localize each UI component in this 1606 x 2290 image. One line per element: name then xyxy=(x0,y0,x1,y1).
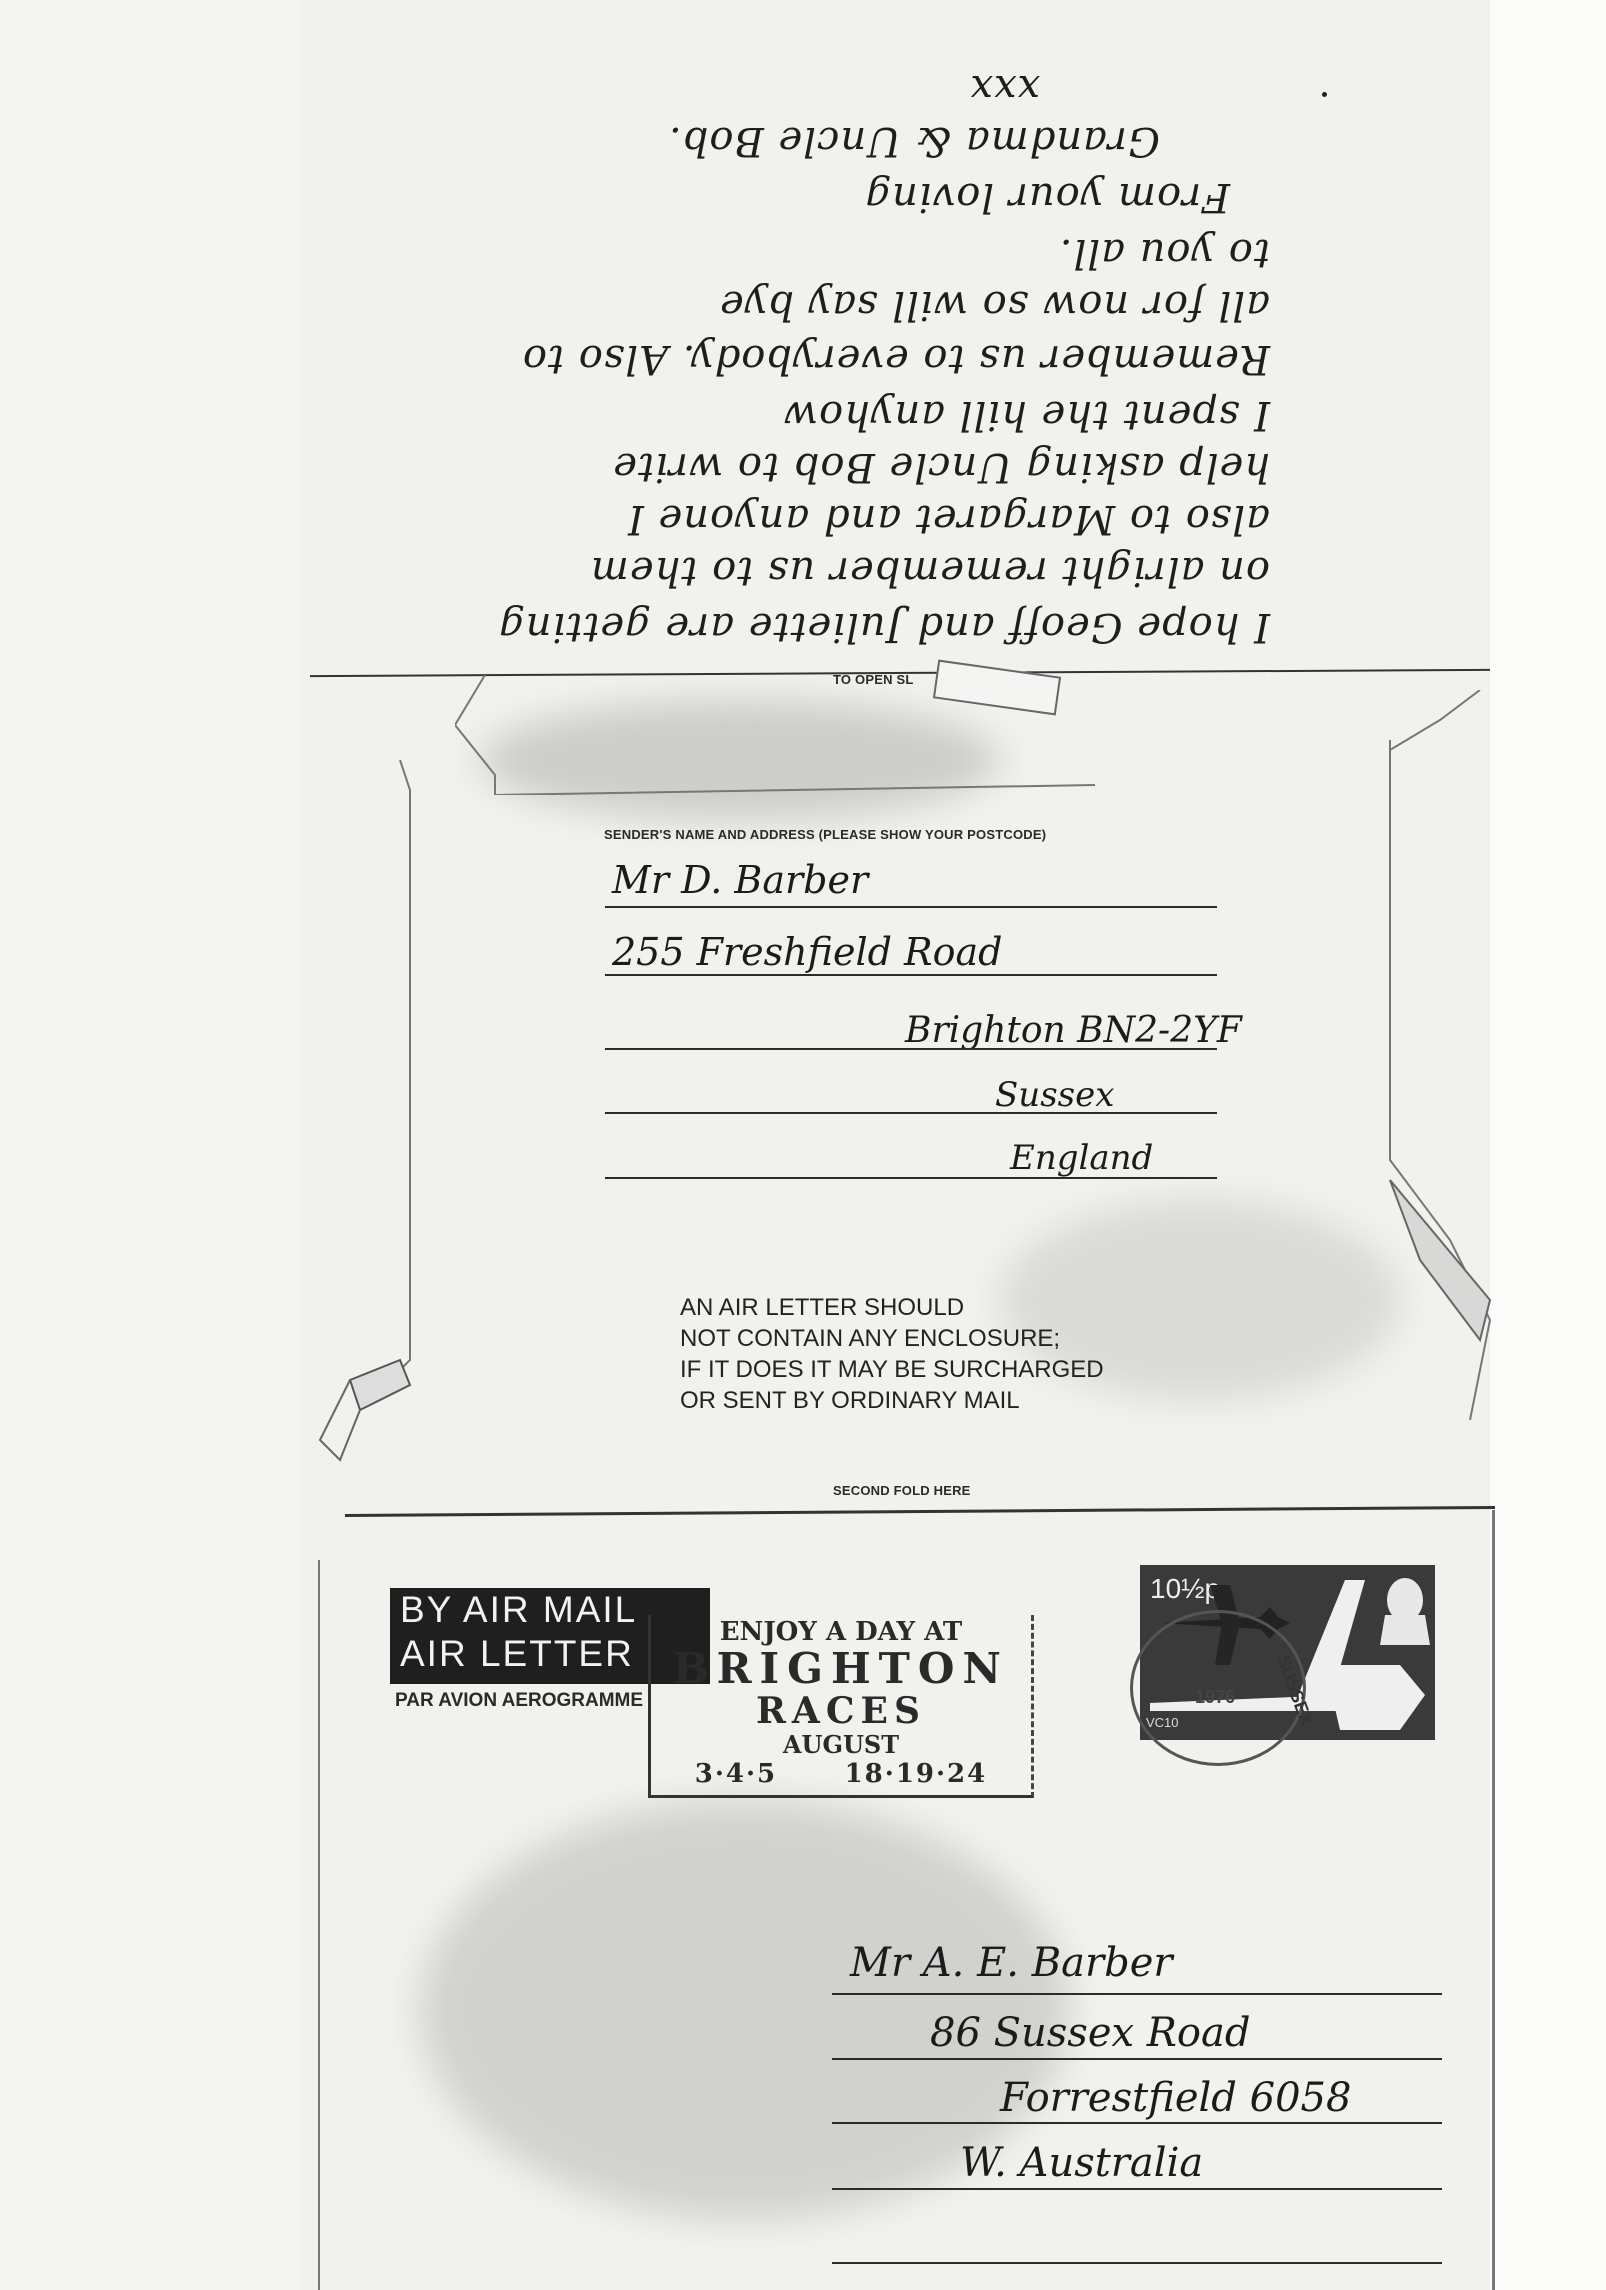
handwritten-letter: I hope Geoff and Juliette are getting on… xyxy=(480,30,1280,650)
postmark-ring xyxy=(1130,1610,1306,1766)
cancellation-line: ENJOY A DAY AT xyxy=(651,1617,1031,1647)
recipient-street: 86 Sussex Road xyxy=(930,2010,1250,2056)
cancellation-line: BRIGHTON xyxy=(651,1647,1031,1691)
address-line xyxy=(832,2058,1442,2060)
address-line xyxy=(605,1048,1217,1050)
letter-line: help asking Uncle Bob to write xyxy=(612,444,1270,490)
letter-line: xxx xyxy=(969,66,1040,112)
address-line xyxy=(605,906,1217,908)
address-line xyxy=(832,1993,1442,1995)
letter-line: Remember us to everybody. Also to xyxy=(522,336,1270,382)
letter-line: all for now so will say bye xyxy=(719,282,1270,328)
dates-left: 3·4·5 xyxy=(695,1759,777,1789)
enclosure-notice: AN AIR LETTER SHOULD NOT CONTAIN ANY ENC… xyxy=(680,1292,1104,1416)
letter-line: to you all. xyxy=(1059,230,1270,276)
sender-city: Brighton BN2-2YF xyxy=(905,1010,1242,1051)
recipient-city: Forrestfield 6058 xyxy=(1000,2075,1351,2121)
recipient-country: W. Australia xyxy=(960,2140,1203,2186)
notice-line: OR SENT BY ORDINARY MAIL xyxy=(680,1385,1104,1416)
recipient-name: Mr A. E. Barber xyxy=(850,1940,1173,1986)
cancellation-line: RACES xyxy=(651,1691,1031,1731)
address-line xyxy=(605,1112,1217,1114)
address-line xyxy=(832,2188,1442,2190)
cancellation-dates: 3·4·5 18·19·24 xyxy=(651,1759,1031,1789)
dates-right: 18·19·24 xyxy=(845,1759,988,1789)
notice-line: AN AIR LETTER SHOULD xyxy=(680,1292,1104,1323)
notice-line: NOT CONTAIN ANY ENCLOSURE; xyxy=(680,1323,1104,1354)
flap-outline xyxy=(455,675,1155,795)
letter-line: on alright remember us to them xyxy=(590,548,1270,594)
ink-dot xyxy=(1322,92,1327,97)
brighton-races-cancellation: ENJOY A DAY AT BRIGHTON RACES AUGUST 3·4… xyxy=(648,1615,1034,1798)
address-line xyxy=(605,974,1217,976)
letter-line: also to Margaret and anyone I xyxy=(627,496,1270,542)
address-line xyxy=(605,1177,1217,1179)
letter-line: From your loving xyxy=(864,174,1230,220)
sender-street: 255 Freshfield Road xyxy=(612,930,1002,974)
sender-country: England xyxy=(1010,1138,1153,1178)
right-side-tab xyxy=(1380,720,1520,1480)
par-avion-label: PAR AVION AEROGRAMME xyxy=(395,1690,643,1712)
right-edge xyxy=(1492,1510,1495,2290)
address-line xyxy=(832,2262,1442,2264)
letter-line: I spent the hill anyhow xyxy=(783,392,1270,438)
letter-line: Grandma & Uncle Bob. xyxy=(668,118,1160,164)
address-line xyxy=(832,2122,1442,2124)
sender-county: Sussex xyxy=(995,1075,1114,1115)
sender-label: SENDER'S NAME AND ADDRESS (PLEASE SHOW Y… xyxy=(604,827,1046,842)
second-fold-label: SECOND FOLD HERE xyxy=(833,1483,971,1498)
letter-line: I hope Geoff and Juliette are getting xyxy=(498,604,1270,650)
cancellation-line: AUGUST xyxy=(651,1731,1031,1759)
left-side-tab xyxy=(300,760,420,1480)
notice-line: IF IT DOES IT MAY BE SURCHARGED xyxy=(680,1354,1104,1385)
sender-name: Mr D. Barber xyxy=(612,858,868,902)
left-edge xyxy=(318,1560,320,2290)
